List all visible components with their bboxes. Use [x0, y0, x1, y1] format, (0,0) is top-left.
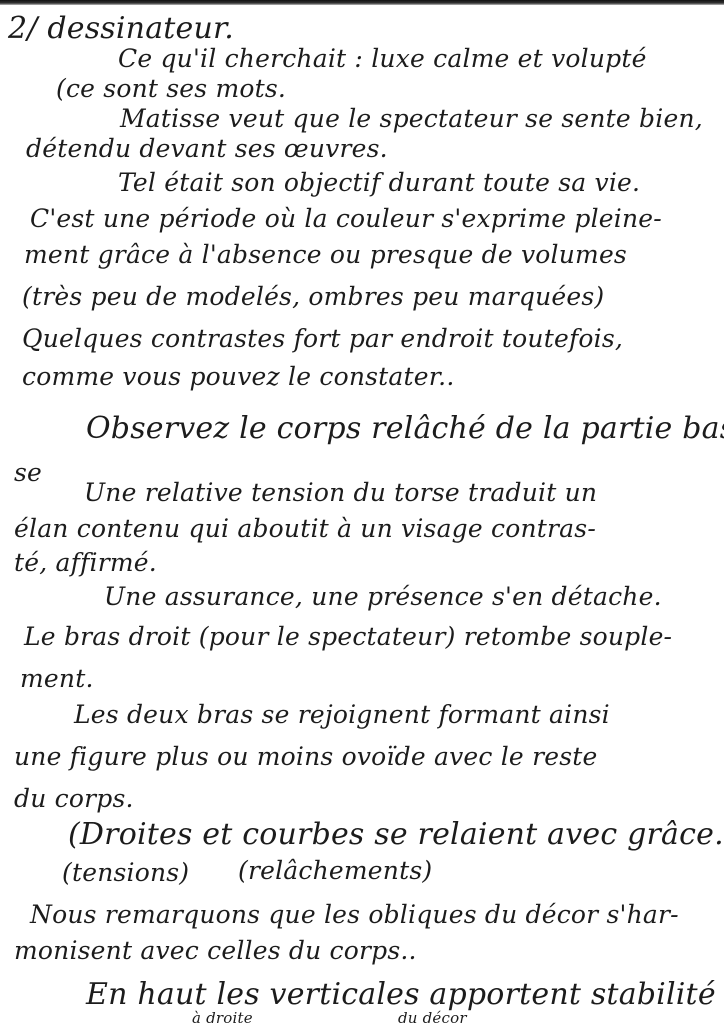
text-line: Le bras droit (pour le spectateur) retom… — [24, 622, 672, 652]
text-line: En haut les verticales apportent stabili… — [86, 980, 724, 1010]
section-heading: 2/ dessinateur. — [8, 14, 234, 44]
text-line: Une assurance, une présence s'en détache… — [104, 582, 662, 612]
text-line: té, affirmé. — [14, 548, 157, 578]
text-line: (Droites et courbes se relaient avec grâ… — [68, 820, 724, 850]
text-line: Les deux bras se rejoignent formant ains… — [74, 700, 610, 730]
text-line: Nous remarquons que les obliques du déco… — [30, 900, 679, 930]
text-line: Une relative tension du torse traduit un — [84, 478, 597, 508]
text-line: Tel était son objectif durant toute sa v… — [118, 168, 640, 198]
text-line: se — [14, 458, 42, 488]
text-line: (ce sont ses mots. — [56, 74, 286, 104]
text-line: ment. — [20, 664, 94, 694]
annotation: à droite — [192, 1010, 253, 1024]
text-line: monisent avec celles du corps.. — [14, 936, 417, 966]
text-line: ment grâce à l'absence ou presque de vol… — [24, 240, 627, 270]
text-line: (très peu de modelés, ombres peu marquée… — [22, 282, 604, 312]
text-line: Ce qu'il cherchait : luxe calme et volup… — [118, 44, 647, 74]
text-line: C'est une période où la couleur s'exprim… — [30, 204, 662, 234]
text-line: Quelques contrastes fort par endroit tou… — [22, 324, 623, 354]
handwritten-page: 2/ dessinateur. Ce qu'il cherchait : lux… — [0, 0, 724, 1024]
text-line: (relâchements) — [238, 856, 432, 886]
text-line: élan contenu qui aboutit à un visage con… — [14, 514, 596, 544]
text-line: une figure plus ou moins ovoïde avec le … — [14, 742, 598, 772]
text-line: Matisse veut que le spectateur se sente … — [120, 104, 703, 134]
text-line: détendu devant ses œuvres. — [26, 134, 388, 164]
text-line: (tensions) — [62, 858, 189, 888]
text-line: du corps. — [14, 784, 134, 814]
annotation: du décor — [398, 1010, 467, 1024]
text-line: Observez le corps relâché de la partie b… — [86, 414, 724, 444]
text-line: comme vous pouvez le constater.. — [22, 362, 454, 392]
